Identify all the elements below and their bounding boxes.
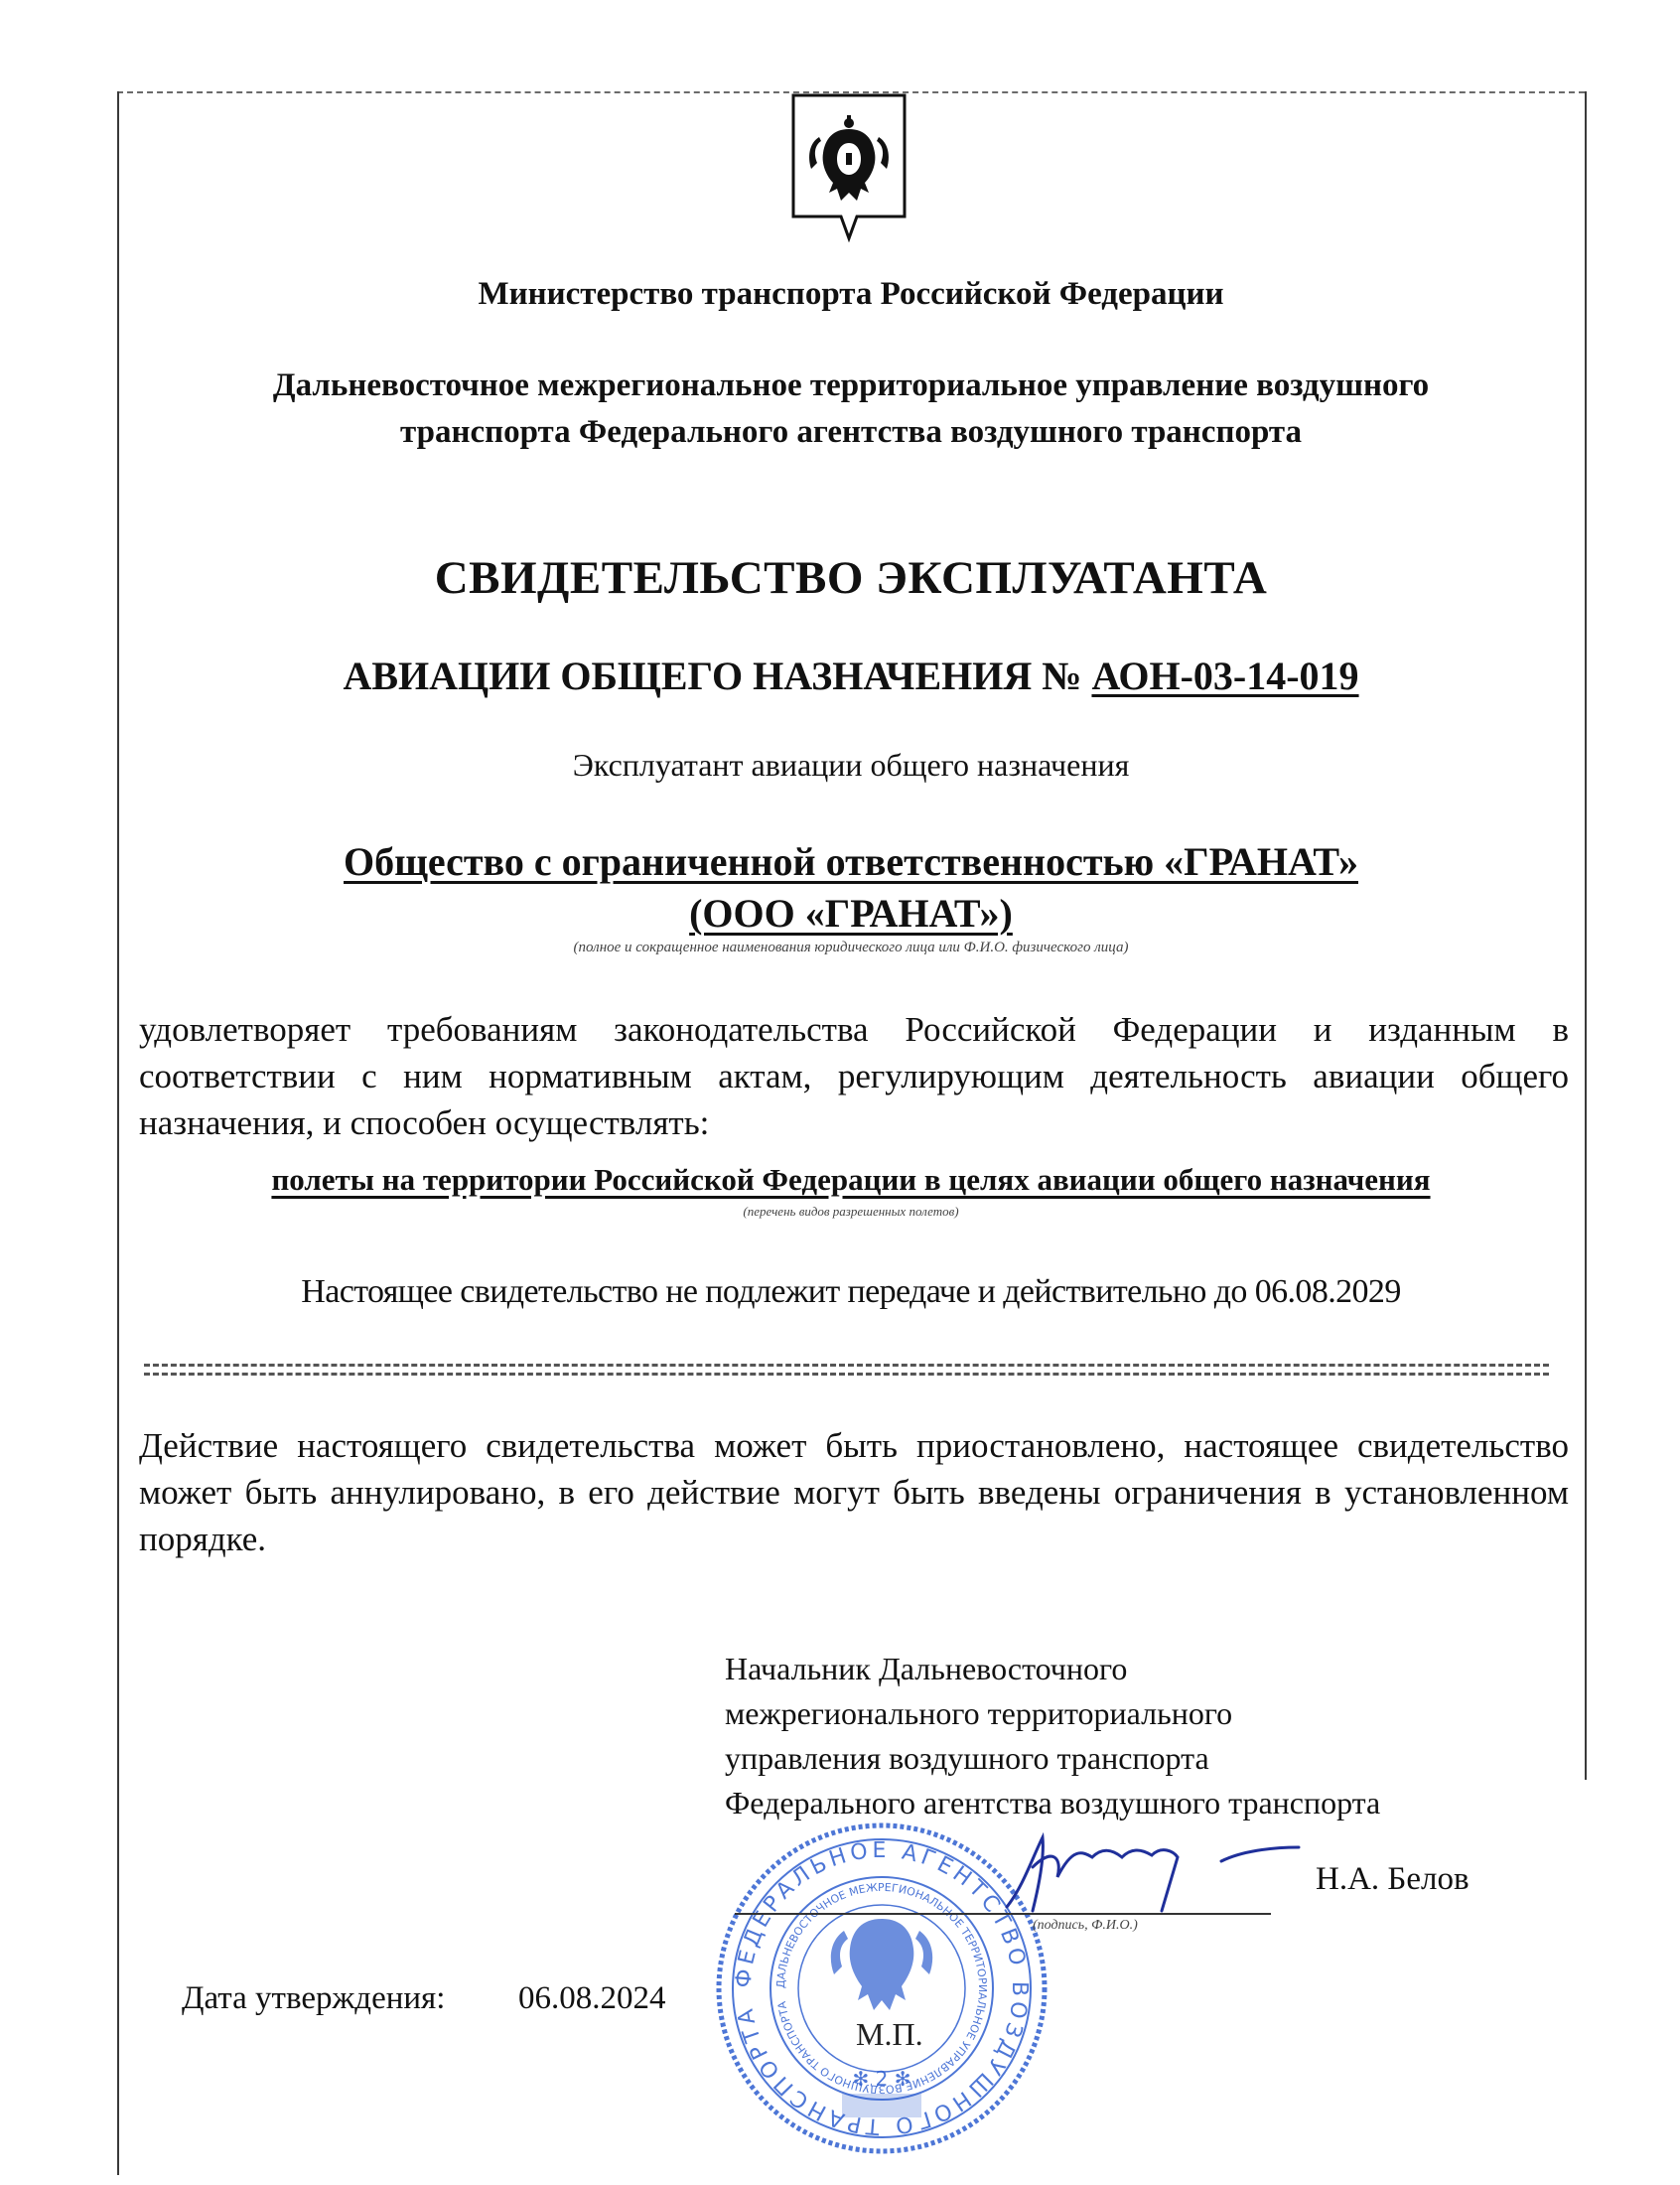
approval-date-label: Дата утверждения: xyxy=(182,1980,445,2017)
certificate-title: СВИДЕТЕЛЬСТВО ЭКСПЛУАТАНТА xyxy=(117,551,1585,605)
agency-name-line2: транспорта Федерального агентства воздуш… xyxy=(117,409,1585,456)
operator-label: Эксплуатант авиации общего назначения xyxy=(117,747,1585,784)
organization-name: Общество с ограниченной ответственностью… xyxy=(117,836,1585,940)
organization-short-name: (ООО «ГРАНАТ») xyxy=(689,891,1013,936)
handwritten-signature-icon xyxy=(1003,1827,1301,1917)
official-seal-icon: ФЕДЕРАЛЬНОЕ АГЕНТСТВО ВОЗДУШНОГО ТРАНСПО… xyxy=(713,1820,1050,2157)
agency-name: Дальневосточное межрегиональное территор… xyxy=(117,363,1585,456)
signer-position-line: межрегионального территориального xyxy=(725,1691,1380,1736)
permitted-flights-caption: (перечень видов разрешенных полетов) xyxy=(117,1204,1585,1220)
divider-line-top xyxy=(144,1364,1549,1367)
certificate-subtitle: АВИАЦИИ ОБЩЕГО НАЗНАЧЕНИЯ № АОН-03-14-01… xyxy=(117,653,1585,699)
section-divider xyxy=(144,1364,1549,1380)
compliance-paragraph: удовлетворяет требованиям законодательст… xyxy=(139,1006,1569,1146)
signer-position-line: управления воздушного транспорта xyxy=(725,1736,1380,1781)
svg-text:✻ 2 ✻: ✻ 2 ✻ xyxy=(853,2067,911,2091)
signer-position-line: Начальник Дальневосточного xyxy=(725,1647,1380,1691)
page-frame-right xyxy=(1585,91,1587,1780)
organization-caption: (полное и сокращенное наименования юриди… xyxy=(117,940,1585,956)
certificate-number: АОН-03-14-019 xyxy=(1091,654,1358,698)
divider-line-bottom xyxy=(144,1373,1549,1376)
suspension-paragraph: Действие настоящего свидетельства может … xyxy=(139,1422,1569,1562)
agency-name-line1: Дальневосточное межрегиональное территор… xyxy=(117,363,1585,409)
signer-position: Начальник Дальневосточного межрегиональн… xyxy=(725,1647,1380,1825)
stamp-place-mark: М.П. xyxy=(856,2016,923,2053)
certificate-subtitle-prefix: АВИАЦИИ ОБЩЕГО НАЗНАЧЕНИЯ № xyxy=(343,654,1091,698)
coat-of-arms-icon xyxy=(789,93,909,242)
permitted-flights: полеты на территории Российской Федераци… xyxy=(117,1162,1585,1198)
permitted-flights-text: полеты на территории Российской Федераци… xyxy=(271,1162,1430,1197)
ministry-name: Министерство транспорта Российской Федер… xyxy=(117,276,1585,313)
organization-full-name: Общество с ограниченной ответственностью… xyxy=(344,839,1358,884)
approval-date-value: 06.08.2024 xyxy=(518,1980,666,2017)
signature-caption: (подпись, Ф.И.О.) xyxy=(1033,1918,1138,1934)
validity-statement: Настоящее свидетельство не подлежит пере… xyxy=(117,1273,1585,1311)
signature-line xyxy=(735,1913,1271,1915)
signer-name: Н.А. Белов xyxy=(1316,1861,1470,1898)
